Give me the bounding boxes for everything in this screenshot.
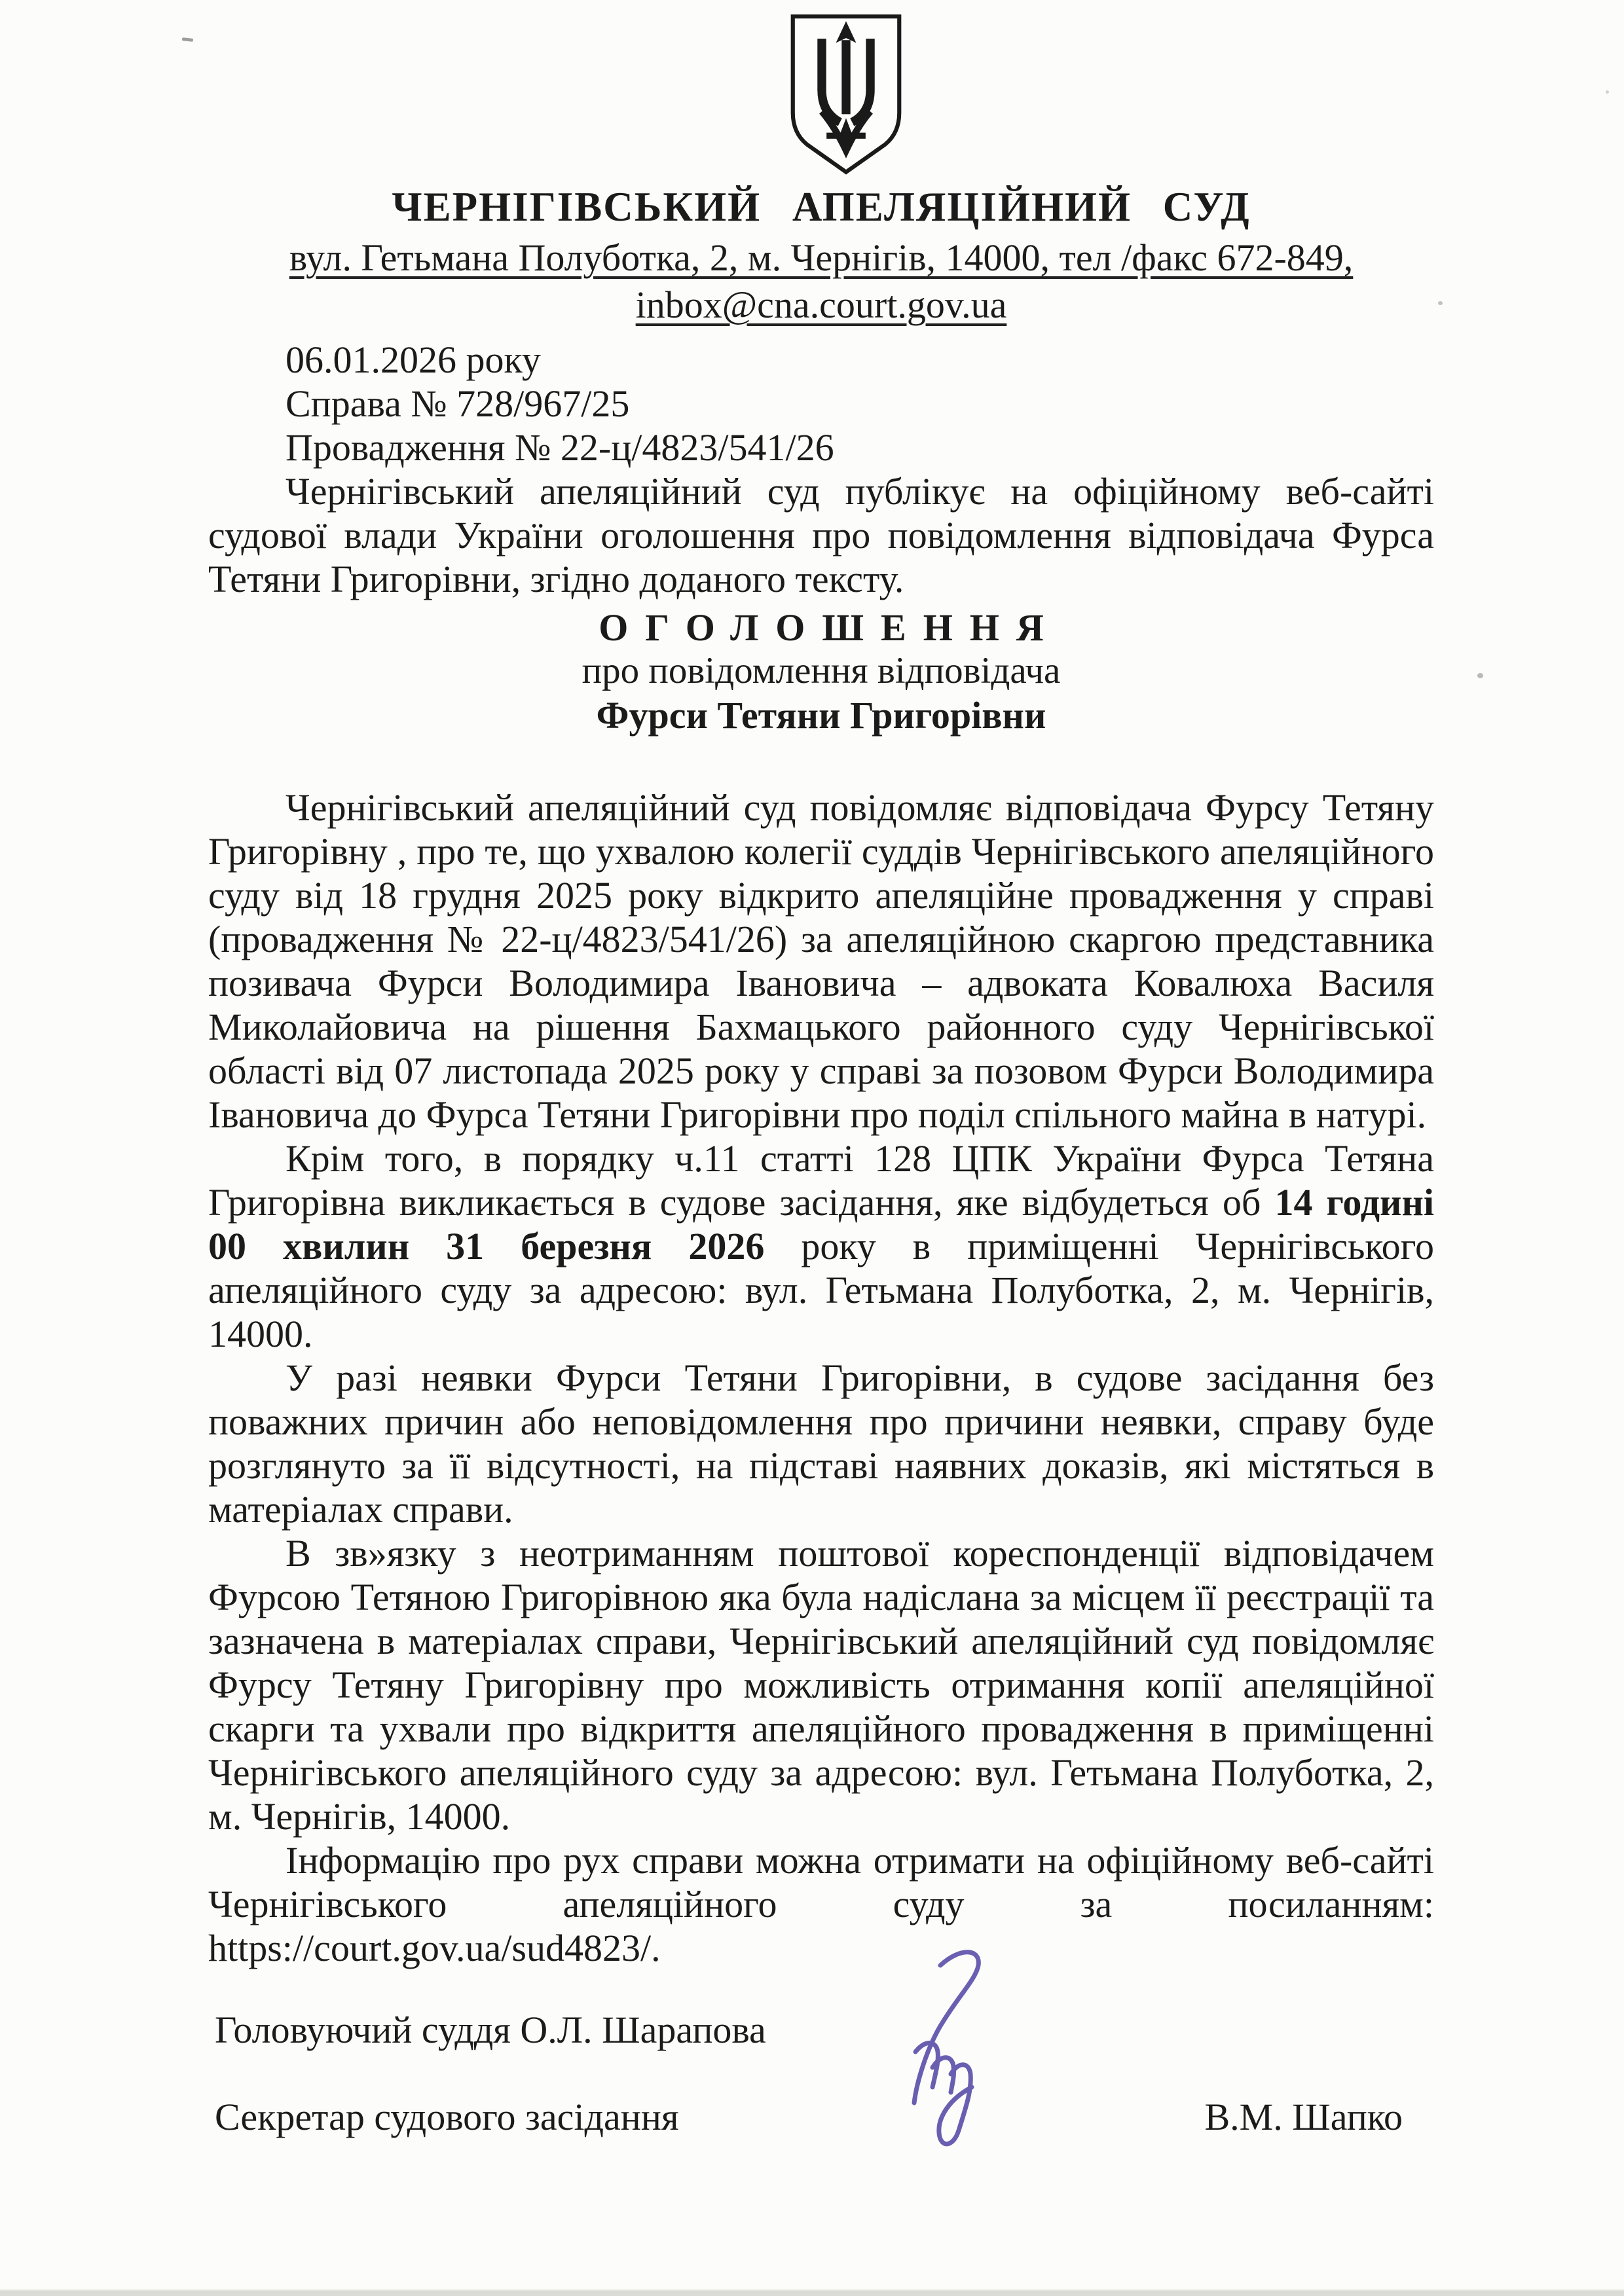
- document-date: 06.01.2026 року: [286, 338, 1434, 382]
- ukraine-coat-of-arms-icon: [786, 12, 906, 177]
- paragraph-appeal-opened: Чернігівський апеляційний суд повідомляє…: [208, 786, 1434, 1137]
- secretary-name: В.М. Шапко: [1204, 2095, 1403, 2139]
- document-content: ЧЕРНІГІВСЬКИЙ АПЕЛЯЦІЙНИЙ СУД вул. Гетьм…: [208, 179, 1434, 2139]
- paragraph-absence-consequences: У разі неявки Фурси Тетяни Григорівни, в…: [208, 1356, 1434, 1531]
- secretary-signature-row: Секретар судового засідання В.М. Шапко: [215, 2095, 1434, 2139]
- case-number: Справа № 728/967/25: [286, 382, 1434, 426]
- announcement-title: ОГОЛОШЕННЯ: [208, 605, 1434, 651]
- paragraph-hearing-summons: Крім того, в порядку ч.11 статті 128 ЦПК…: [208, 1137, 1434, 1356]
- scan-speck: [1606, 90, 1609, 94]
- scan-speck: [182, 37, 193, 42]
- scan-bottom-edge: [0, 2289, 1624, 2296]
- hearing-text-pre: Крім того, в порядку ч.11 статті 128 ЦПК…: [208, 1137, 1434, 1224]
- secretary-label: Секретар судового засідання: [215, 2095, 679, 2139]
- proceeding-number: Провадження № 22-ц/4823/541/26: [286, 426, 1434, 469]
- announcement-respondent-name: Фурси Тетяни Григорівни: [208, 694, 1434, 737]
- paragraph-case-info-website: Інформацію про рух справи можна отримати…: [208, 1838, 1434, 1970]
- scan-speck: [1477, 673, 1483, 678]
- court-email-text: inbox@cna.court.gov.ua: [636, 283, 1007, 326]
- announcement-subtitle: про повідомлення відповідача: [208, 651, 1434, 691]
- court-address-text: вул. Гетьмана Полуботка, 2, м. Чернігів,…: [289, 236, 1354, 279]
- paragraph-mail-not-received: В зв»язку з неотриманням поштової коресп…: [208, 1531, 1434, 1838]
- case-meta-block: 06.01.2026 року Справа № 728/967/25 Пров…: [286, 338, 1434, 469]
- scanned-court-document-page: ЧЕРНІГІВСЬКИЙ АПЕЛЯЦІЙНИЙ СУД вул. Гетьм…: [0, 0, 1624, 2296]
- intro-paragraph: Чернігівський апеляційний суд публікує н…: [208, 469, 1434, 601]
- court-email-line: inbox@cna.court.gov.ua: [208, 282, 1434, 329]
- court-name-heading: ЧЕРНІГІВСЬКИЙ АПЕЛЯЦІЙНИЙ СУД: [208, 179, 1434, 234]
- scan-speck: [1438, 301, 1443, 305]
- presiding-judge-line: Головуючий суддя О.Л. Шарапова: [215, 2008, 1434, 2052]
- court-address-line: вул. Гетьмана Полуботка, 2, м. Чернігів,…: [208, 234, 1434, 282]
- handwritten-signature: [862, 1946, 1098, 2155]
